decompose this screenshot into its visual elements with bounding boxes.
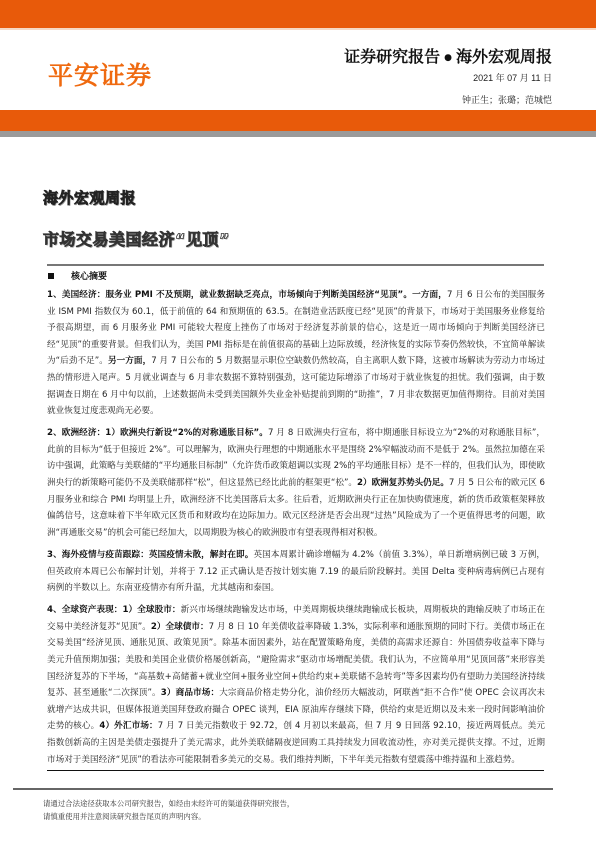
- report-date: 2021 年 07 月 11 日: [473, 71, 552, 84]
- bullet-square-icon: [48, 273, 54, 279]
- section-divider: [47, 264, 544, 266]
- paragraph-lead: 2）欧洲复苏势头仍足。: [357, 478, 449, 488]
- header-title-right: 海外宏观周报: [456, 47, 552, 66]
- separator-dot-icon: ●: [444, 53, 452, 63]
- summary-paragraph-europe-economy: 2、欧洲经济：1）欧洲央行新设“2%的对称通胀目标”。7 月 8 日欧洲央行宣布…: [47, 425, 545, 541]
- report-title: 市场交易美国经济“见顶”: [43, 227, 230, 250]
- report-header-title: 证券研究报告●海外宏观周报: [344, 44, 552, 67]
- summary-heading-label: 核心摘要: [71, 269, 107, 282]
- summary-paragraph-us-economy: 1、美国经济：服务业 PMI 不及预期，就业数据缺乏亮点，市场倾向于判断美国经济…: [47, 287, 545, 420]
- header-band-shadow: [0, 131, 596, 137]
- summary-paragraph-pandemic: 3、海外疫情与疫苗跟踪：英国疫情未散，解封在即。英国本周累计确诊增幅为 4.2%…: [47, 547, 545, 597]
- summary-paragraph-global-assets: 4、全球资产表现：1）全球股市：新兴市场继续跑输发达市场，中美周期板块继续跑输成…: [47, 602, 545, 768]
- paragraph-lead: 2）全球债市：: [151, 622, 209, 632]
- paragraph-body: 7 月 6 日公布的美国服务业 ISM PMI 指数仅为 60.1，低于前值的 …: [47, 290, 545, 366]
- footer-line-1: 请通过合法途径获取本公司研究报告，如经由未经许可的渠道获得研究报告，: [43, 798, 294, 811]
- header-title-left: 证券研究报告: [344, 47, 440, 66]
- paragraph-lead: 3）商品市场：: [161, 688, 219, 698]
- content-end-divider: [47, 770, 544, 771]
- paragraph-body: 7 月 8 日 10 年美债收益率降破 1.3%，实际利率和通胀预期的同时下行。…: [47, 622, 545, 698]
- paragraph-lead: 3、海外疫情与疫苗跟踪：英国疫情未散，解封在即。: [47, 550, 253, 560]
- footer-disclaimer: 请通过合法途径获取本公司研究报告，如经由未经许可的渠道获得研究报告， 请慎重使用…: [43, 798, 294, 823]
- footer-line-2: 请慎重使用并注意阅读研究报告尾页的声明内容。: [43, 811, 294, 824]
- report-type: 海外宏观周报: [43, 187, 136, 208]
- company-logo: 平安证券: [48, 56, 152, 92]
- footer-divider: [13, 788, 553, 790]
- summary-heading: 核心摘要: [48, 269, 107, 282]
- summary-content: 1、美国经济：服务业 PMI 不及预期，就业数据缺乏亮点，市场倾向于判断美国经济…: [47, 287, 545, 774]
- paragraph-lead: 另一方面，: [108, 356, 151, 366]
- paragraph-lead: 4、全球资产表现：1）全球股市：: [47, 605, 181, 615]
- top-brand-bar: [0, 0, 596, 28]
- paragraph-lead: 2、欧洲经济：1）欧洲央行新设“2%的对称通胀目标”。: [47, 428, 268, 438]
- paragraph-lead: 4）外汇市场：: [99, 721, 157, 731]
- header-band: [0, 110, 596, 131]
- top-bar-edge: [0, 28, 596, 30]
- report-authors: 钟正生；张璐；范城恺: [462, 93, 552, 106]
- paragraph-lead: 1、美国经济：服务业 PMI 不及预期，就业数据缺乏亮点，市场倾向于判断美国经济…: [47, 290, 447, 300]
